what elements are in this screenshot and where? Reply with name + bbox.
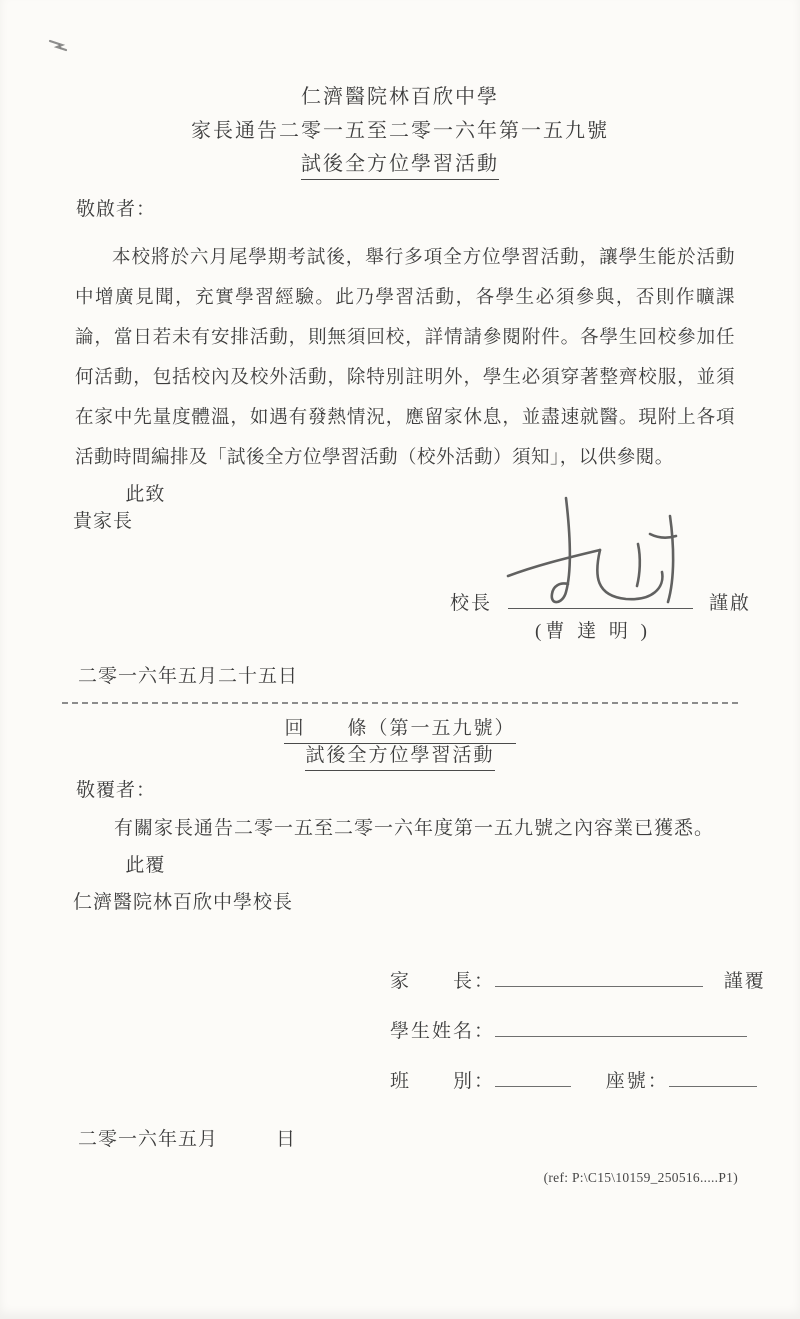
letter-addressee: 貴家長: [73, 506, 133, 533]
notice-title-text: 試後全方位學習活動: [301, 147, 499, 180]
seat-label: 座號：: [606, 1071, 669, 1092]
letter-body: 本校將於六月尾學期考試後，舉行多項全方位學習活動，讓學生能於活動中增廣見聞，充實…: [75, 238, 735, 478]
class-label: 班 別：: [390, 1071, 495, 1092]
reply-slip-subtitle-text: 試後全方位學習活動: [305, 740, 494, 771]
student-name-blank: [495, 1021, 747, 1037]
scan-artifact: [46, 33, 76, 57]
seat-number-blank: [669, 1071, 757, 1087]
letter-closing: 此致: [76, 479, 276, 506]
student-name-label: 學生姓名：: [390, 1021, 495, 1042]
letter-salutation: 敬啟者：: [76, 194, 156, 221]
student-name-field-row: 學生姓名：: [390, 1016, 747, 1043]
school-name: 仁濟醫院林百欣中學: [0, 80, 800, 109]
reply-date: 二零一六年五月日: [78, 1124, 296, 1151]
reply-date-prefix: 二零一六年五月: [78, 1129, 218, 1150]
reply-slip-subtitle: 試後全方位學習活動: [0, 740, 800, 771]
letter-date: 二零一六年五月二十五日: [78, 661, 298, 688]
parent-field-row: 家 長： 謹覆: [390, 966, 766, 993]
principal-label: 校長: [450, 593, 492, 614]
principal-name: (曹 達 明 ): [535, 616, 651, 643]
scanned-notice-page: 仁濟醫院林百欣中學 家長通告二零一五至二零一六年第一五九號 試後全方位學習活動 …: [0, 0, 800, 1319]
reply-addressee: 仁濟醫院林百欣中學校長: [73, 887, 293, 914]
class-seat-field-row: 班 別： 座號：: [390, 1066, 757, 1093]
notice-title: 試後全方位學習活動: [0, 147, 800, 180]
signature-row: 校長 謹啟: [450, 588, 751, 615]
parent-label: 家 長：: [390, 971, 495, 992]
cut-line-divider: [62, 702, 738, 704]
reply-body: 有關家長通告二零一五至二零一六年度第一五九號之內容業已獲悉。: [76, 813, 736, 840]
notice-number-line: 家長通告二零一五至二零一六年第一五九號: [0, 114, 800, 143]
reply-date-suffix: 日: [276, 1129, 296, 1150]
reply-salutation: 敬覆者：: [76, 775, 156, 802]
class-blank: [495, 1071, 571, 1087]
reply-closing: 此覆: [76, 850, 276, 877]
parent-suffix: 謹覆: [724, 971, 766, 992]
respectfully-label: 謹啟: [709, 593, 751, 614]
parent-signature-blank: [495, 971, 703, 987]
file-reference: (ref: P:\C15\10159_250516.....P1): [544, 1170, 738, 1186]
signature-line: [508, 594, 693, 609]
